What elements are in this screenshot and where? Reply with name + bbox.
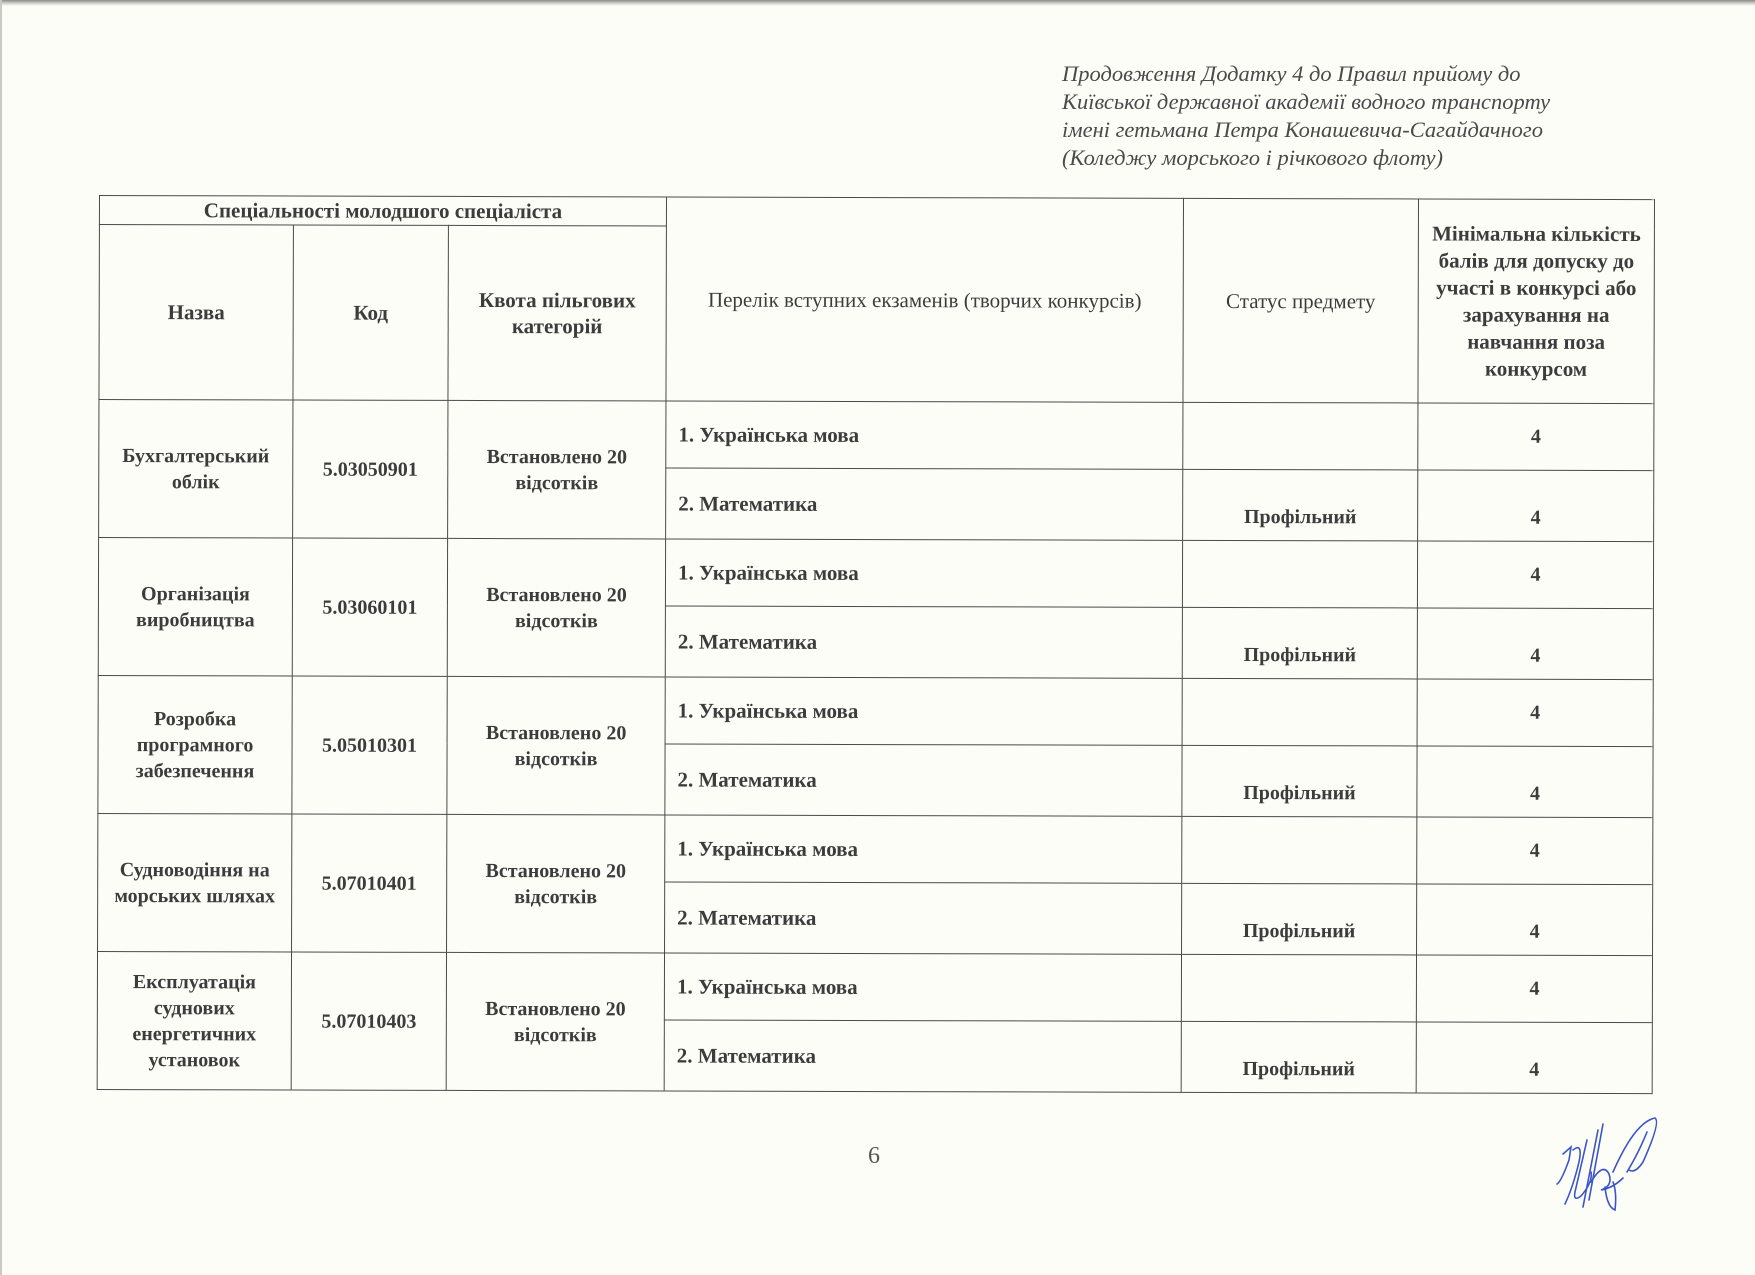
status-label: Профільний bbox=[1242, 1058, 1355, 1080]
specialties-group-header: Спеціальності молодшого спеціаліста bbox=[99, 196, 666, 226]
entrance-exam: 2. Математика bbox=[666, 468, 1183, 540]
min-score: 4 bbox=[1417, 608, 1653, 680]
entrance-exam: 2. Математика bbox=[664, 1020, 1181, 1092]
exam-label: 2. Математика bbox=[678, 492, 817, 516]
subject-status bbox=[1182, 540, 1417, 608]
benefit-quota: Встановлено 20 відсотків bbox=[446, 952, 664, 1091]
table-row: Бухгалтерський облік5.03050901Встановлен… bbox=[99, 400, 1654, 471]
benefit-quota: Встановлено 20 відсотків bbox=[447, 538, 665, 677]
specialty-code: 5.03060101 bbox=[292, 538, 447, 676]
min-score: 4 bbox=[1418, 470, 1654, 542]
exam-label: 1. Українська мова bbox=[678, 699, 859, 723]
column-header-code: Код bbox=[293, 225, 448, 400]
page-number: 6 bbox=[868, 1143, 880, 1170]
exam-label: 2. Математика bbox=[678, 630, 817, 654]
subject-status: Профільний bbox=[1181, 1021, 1416, 1093]
specialty-code: 5.07010401 bbox=[292, 814, 447, 952]
min-score: 4 bbox=[1417, 746, 1653, 818]
subject-status: Профільний bbox=[1183, 469, 1418, 541]
exam-label: 1. Українська мова bbox=[677, 837, 858, 861]
status-label: Профільний bbox=[1244, 506, 1357, 528]
table-row: Судноводіння на морських шляхах5.0701040… bbox=[98, 813, 1653, 884]
entrance-exam: 2. Математика bbox=[665, 882, 1182, 954]
entrance-exam: 1. Українська мова bbox=[665, 815, 1182, 883]
specialty-name: Бухгалтерський облік bbox=[99, 400, 293, 539]
subject-status bbox=[1183, 402, 1418, 470]
subject-status: Профільний bbox=[1182, 745, 1417, 817]
status-label: Профільний bbox=[1244, 644, 1357, 666]
table-body: Бухгалтерський облік5.03050901Встановлен… bbox=[97, 400, 1654, 1094]
note-line: (Коледжу морського і річкового флоту) bbox=[1062, 144, 1662, 172]
subject-status: Профільний bbox=[1182, 883, 1417, 955]
min-score: 4 bbox=[1417, 541, 1653, 609]
admission-requirements-table: Спеціальності молодшого спеціаліста Пере… bbox=[97, 195, 1655, 1094]
exam-label: 1. Українська мова bbox=[678, 561, 859, 585]
subject-status bbox=[1181, 954, 1416, 1022]
signature-icon bbox=[1543, 1112, 1693, 1212]
note-line: імені гетьмана Петра Конашевича-Сагайдач… bbox=[1062, 116, 1662, 144]
specialty-code: 5.03050901 bbox=[293, 400, 448, 538]
scan-edge-shadow bbox=[0, 0, 1755, 6]
status-label: Профільний bbox=[1243, 920, 1356, 942]
benefit-quota: Встановлено 20 відсотків bbox=[447, 676, 665, 815]
specialty-name: Розробка програмного забезпечення bbox=[98, 675, 292, 814]
entrance-exam: 1. Українська мова bbox=[665, 539, 1182, 607]
exam-label: 2. Математика bbox=[677, 768, 816, 792]
min-score: 4 bbox=[1418, 403, 1654, 471]
exam-label: 2. Математика bbox=[677, 906, 816, 930]
entrance-exam: 1. Українська мова bbox=[665, 677, 1182, 745]
column-header-exams: Перелік вступних екзаменів (творчих конк… bbox=[666, 197, 1184, 402]
entrance-exam: 2. Математика bbox=[665, 606, 1182, 678]
table-row: Розробка програмного забезпечення5.05010… bbox=[98, 675, 1653, 746]
specialty-name: Судноводіння на морських шляхах bbox=[98, 813, 292, 952]
entrance-exam: 1. Українська мова bbox=[664, 953, 1181, 1021]
min-score: 4 bbox=[1416, 1022, 1652, 1094]
min-score: 4 bbox=[1417, 679, 1653, 747]
entrance-exam: 1. Українська мова bbox=[666, 401, 1183, 469]
specialty-name: Експлуатація суднових енергетичних устан… bbox=[97, 951, 291, 1090]
column-header-status: Статус предмету bbox=[1183, 198, 1419, 403]
note-line: Київської державної академії водного тра… bbox=[1062, 88, 1662, 116]
subject-status: Профільний bbox=[1182, 607, 1417, 679]
subject-status bbox=[1182, 678, 1417, 746]
table-row: Організація виробництва5.03060101Встанов… bbox=[98, 538, 1653, 609]
specialty-name: Організація виробництва bbox=[98, 538, 292, 677]
specialty-code: 5.07010403 bbox=[291, 952, 446, 1090]
appendix-continuation-note: Продовження Додатку 4 до Правил прийому … bbox=[1062, 60, 1662, 172]
note-line: Продовження Додатку 4 до Правил прийому … bbox=[1062, 60, 1662, 88]
table-row: Експлуатація суднових енергетичних устан… bbox=[97, 951, 1652, 1022]
exam-label: 2. Математика bbox=[677, 1044, 816, 1068]
scan-left-edge bbox=[0, 0, 2, 1275]
column-header-quota: Квота пільгових категорій bbox=[448, 225, 666, 401]
benefit-quota: Встановлено 20 відсотків bbox=[448, 400, 666, 539]
exam-label: 1. Українська мова bbox=[678, 423, 859, 447]
min-score: 4 bbox=[1417, 884, 1653, 956]
exam-label: 1. Українська мова bbox=[677, 975, 858, 999]
subject-status bbox=[1182, 816, 1417, 884]
column-header-name: Назва bbox=[99, 225, 293, 401]
benefit-quota: Встановлено 20 відсотків bbox=[447, 814, 665, 953]
min-score: 4 bbox=[1417, 817, 1653, 885]
column-header-min-score: Мінімальна кількість балів для допуску д… bbox=[1418, 199, 1655, 404]
status-label: Профільний bbox=[1243, 782, 1356, 804]
specialty-code: 5.05010301 bbox=[292, 676, 447, 814]
min-score: 4 bbox=[1416, 955, 1652, 1023]
entrance-exam: 2. Математика bbox=[665, 744, 1182, 816]
